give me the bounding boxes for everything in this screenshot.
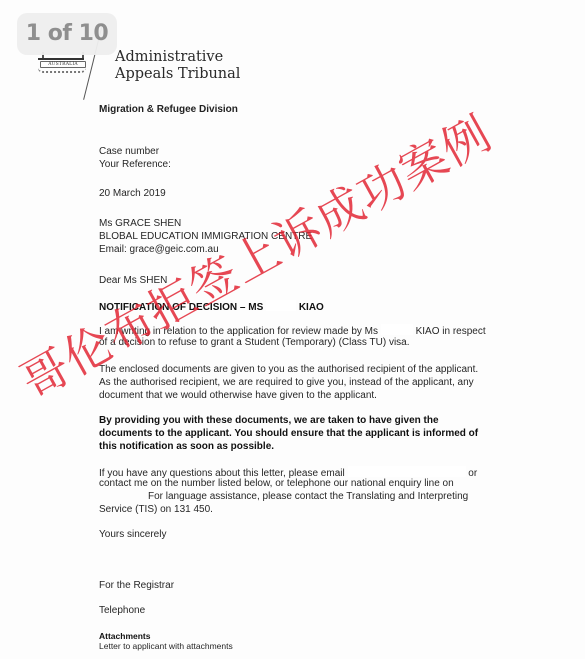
redacted-name xyxy=(266,300,296,311)
para2-line3: document that we would otherwise have gi… xyxy=(99,390,377,403)
para2-line1: The enclosed documents are given to you … xyxy=(99,364,478,377)
recipient-organisation: BLOBAL EDUCATION IMMIGRATION CENTRE xyxy=(99,231,312,244)
redacted-email xyxy=(348,466,466,477)
signature-for: For the Registrar xyxy=(99,580,174,593)
para3-line3: this notification as soon as possible. xyxy=(99,441,274,454)
para1-text-a: I am writing in relation to the applicat… xyxy=(99,326,378,337)
organisation-name: Administrative Appeals Tribunal xyxy=(115,49,240,83)
crest-bar xyxy=(38,58,84,60)
letter-date: 20 March 2019 xyxy=(99,188,166,201)
org-name-line1: Administrative xyxy=(115,49,240,66)
attachment-item: Letter to applicant with attachments xyxy=(99,641,233,652)
para4-line4: Service (TIS) on 131 450. xyxy=(99,504,213,517)
para4-text-b: or xyxy=(468,468,477,479)
redacted-name xyxy=(381,324,413,335)
para2-line2: As the authorised recipient, we are requ… xyxy=(99,377,474,390)
closing: Yours sincerely xyxy=(99,529,166,542)
recipient-email: Email: grace@geic.com.au xyxy=(99,244,219,257)
subject-line: NOTIFICATION OF DECISION – MS KIAO xyxy=(99,300,324,315)
document-page: 1 of 10 AUSTRALIA Administrative Appeals… xyxy=(0,0,585,659)
para4-line3: For language assistance, please contact … xyxy=(148,491,468,504)
crest-label: AUSTRALIA xyxy=(40,61,86,68)
recipient-name: Ms GRACE SHEN xyxy=(99,218,181,231)
para3-line2: documents to the applicant. You should e… xyxy=(99,428,478,441)
telephone-label: Telephone xyxy=(99,605,145,618)
your-reference-label: Your Reference: xyxy=(99,159,171,172)
subject-prefix: NOTIFICATION OF DECISION – MS xyxy=(99,302,263,313)
salutation: Dear Ms SHEN xyxy=(99,275,167,288)
para1-line2: of a decision to refuse to grant a Stude… xyxy=(99,337,410,350)
org-name-line2: Appeals Tribunal xyxy=(115,66,240,83)
crest-wreath-icon xyxy=(38,68,86,73)
case-number-label: Case number xyxy=(99,146,159,159)
subject-suffix: KIAO xyxy=(299,302,324,313)
division-name: Migration & Refugee Division xyxy=(99,104,238,115)
para1-text-b: KIAO in respect xyxy=(416,326,486,337)
page-indicator: 1 of 10 xyxy=(17,13,117,55)
para4-line2: contact me on the number listed below, o… xyxy=(99,478,454,491)
para3-line1: By providing you with these documents, w… xyxy=(99,415,439,428)
